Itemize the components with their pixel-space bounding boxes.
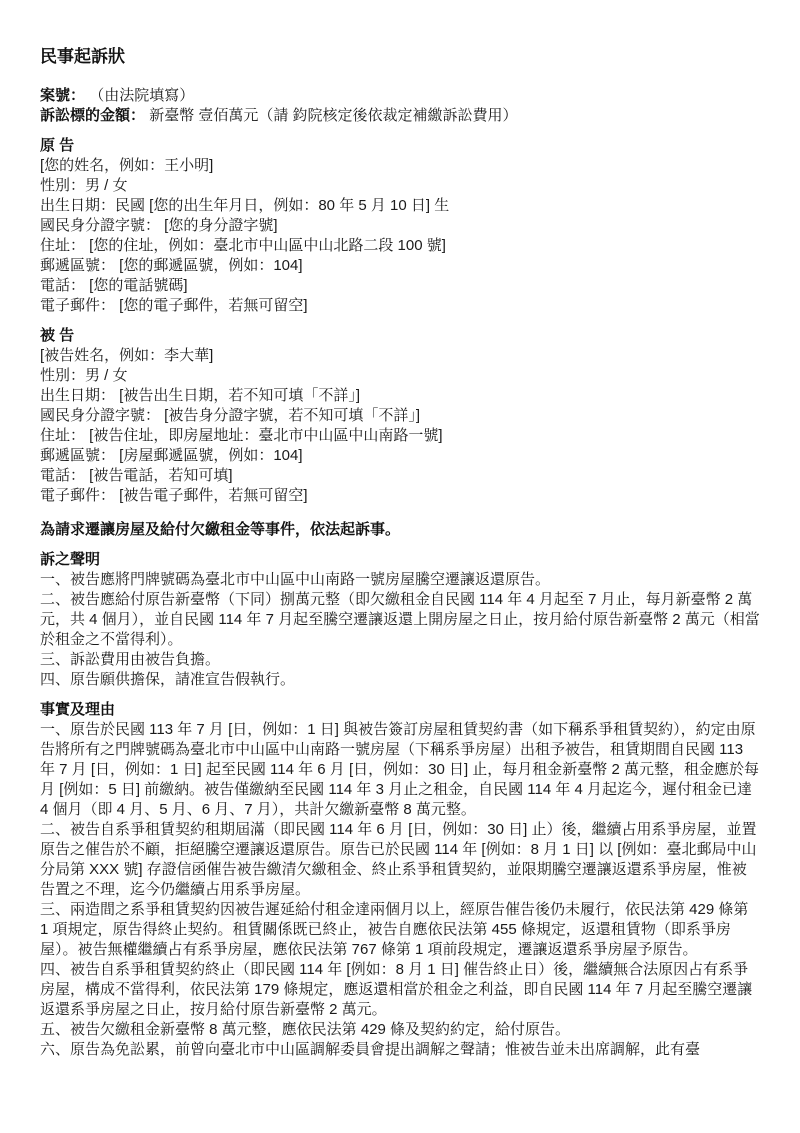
defendant-id-line: 國民身分證字號： [被告身分證字號，若不知可填「不詳」] (40, 406, 760, 426)
plaintiff-gender-line: 性別：男 / 女 (40, 176, 760, 196)
plaintiff-id-line: 國民身分證字號： [您的身分證字號] (40, 216, 760, 236)
claim-amount-label: 訴訟標的金額： (40, 107, 145, 124)
facts-heading: 事實及理由 (40, 699, 760, 720)
plaintiff-address-line: 住址： [您的住址，例如：臺北市中山區中山北路二段 100 號] (40, 236, 760, 256)
fact-item-5: 五、被告欠繳租金新臺幣 8 萬元整，應依民法第 429 條及契約約定，給付原告。 (40, 1020, 760, 1040)
legal-document-page: 民事起訴狀 案號： （由法院填寫） 訴訟標的金額： 新臺幣 壹佰萬元（請 鈞院核… (0, 0, 800, 1133)
plaintiff-zipcode-line: 郵遞區號： [您的郵遞區號，例如：104] (40, 256, 760, 276)
claim-item-3: 三、訴訟費用由被告負擔。 (40, 650, 760, 670)
fact-item-2: 二、被告自系爭租賃契約租期屆滿（即民國 114 年 6 月 [日，例如：30 日… (40, 820, 760, 900)
plaintiff-heading: 原 告 (40, 135, 760, 156)
fact-item-6: 六、原告為免訟累，前曾向臺北市中山區調解委員會提出調解之聲請；惟被告並未出席調解… (40, 1040, 760, 1060)
claims-heading: 訴之聲明 (40, 549, 760, 570)
defendant-zipcode-line: 郵遞區號： [房屋郵遞區號，例如：104] (40, 446, 760, 466)
defendant-name-line: [被告姓名，例如：李大華] (40, 346, 760, 366)
case-number-line: 案號： （由法院填寫） (40, 86, 760, 106)
fact-item-3: 三、兩造間之系爭租賃契約因被告遲延給付租金達兩個月以上，經原告催告後仍未履行，依… (40, 900, 760, 960)
defendant-email-line: 電子郵件： [被告電子郵件，若無可留空] (40, 486, 760, 506)
case-number-label: 案號： (40, 87, 85, 104)
defendant-heading: 被 告 (40, 325, 760, 346)
fact-item-1: 一、原告於民國 113 年 7 月 [日，例如：1 日] 與被告簽訂房屋租賃契約… (40, 720, 760, 820)
cause-of-action-line: 為請求遷讓房屋及給付欠繳租金等事件，依法起訴事。 (40, 519, 760, 540)
plaintiff-name-line: [您的姓名，例如：王小明] (40, 156, 760, 176)
claim-amount-value: 新臺幣 壹佰萬元（請 鈞院核定後依裁定補繳訴訟費用） (149, 107, 517, 124)
defendant-gender-line: 性別：男 / 女 (40, 366, 760, 386)
claim-item-4: 四、原告願供擔保，請准宣告假執行。 (40, 670, 760, 690)
claim-item-2: 二、被告應給付原告新臺幣（下同）捌萬元整（即欠繳租金自民國 114 年 4 月起… (40, 590, 760, 650)
plaintiff-phone-line: 電話： [您的電話號碼] (40, 276, 760, 296)
defendant-phone-line: 電話： [被告電話，若知可填] (40, 466, 760, 486)
defendant-address-line: 住址： [被告住址，即房屋地址：臺北市中山區中山南路一號] (40, 426, 760, 446)
claim-amount-line: 訴訟標的金額： 新臺幣 壹佰萬元（請 鈞院核定後依裁定補繳訴訟費用） (40, 106, 760, 126)
fact-item-4: 四、被告自系爭租賃契約終止（即民國 114 年 [例如：8 月 1 日] 催告終… (40, 960, 760, 1020)
case-number-value: （由法院填寫） (89, 87, 194, 104)
plaintiff-email-line: 電子郵件： [您的電子郵件，若無可留空] (40, 296, 760, 316)
claim-item-1: 一、被告應將門牌號碼為臺北市中山區中山南路一號房屋騰空遷讓返還原告。 (40, 570, 760, 590)
document-title: 民事起訴狀 (40, 46, 760, 68)
plaintiff-birthdate-line: 出生日期：民國 [您的出生年月日，例如：80 年 5 月 10 日] 生 (40, 196, 760, 216)
defendant-birthdate-line: 出生日期： [被告出生日期，若不知可填「不詳」] (40, 386, 760, 406)
